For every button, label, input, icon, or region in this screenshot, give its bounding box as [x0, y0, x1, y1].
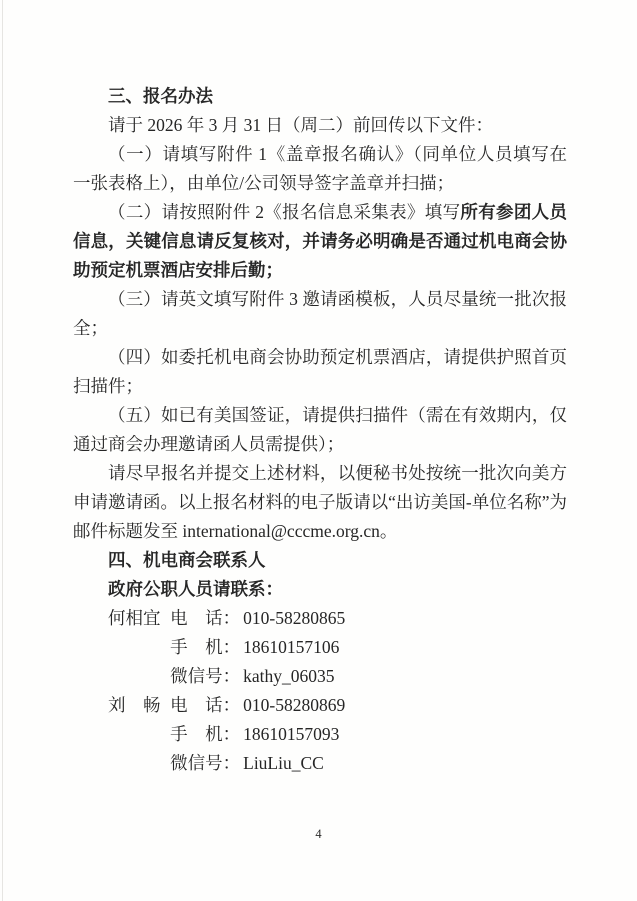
- item-1-paragraph: （一）请填写附件 1《盖章报名确认》（同单位人员填写在一张表格上），由单位/公司…: [73, 140, 567, 198]
- contact-name: 何相宜: [108, 604, 161, 633]
- contact-row: 手 机：18610157093: [73, 720, 567, 749]
- contact-value: 010-58280869: [240, 695, 345, 715]
- submission-note-paragraph: 请尽早报名并提交上述材料，以便秘书处按统一批次向美方申请邀请函。以上报名材料的电…: [73, 459, 567, 546]
- text-run: 三、报名办法: [108, 86, 213, 106]
- contact-value: LiuLiu_CC: [240, 753, 324, 773]
- contact-label: 电 话：: [170, 604, 240, 633]
- contact-value: 18610157093: [240, 724, 339, 744]
- scanned-document-page: { "page": { "number": "4", "background_c…: [0, 0, 637, 901]
- text-run: 请尽早报名并提交上述材料，以便秘书处按统一批次向美方申请邀请函。以上报名材料的电…: [73, 463, 567, 541]
- item-3-paragraph: （三）请英文填写附件 3 邀请函模板，人员尽量统一批次报全；: [73, 285, 567, 343]
- section-heading-four: 四、机电商会联系人: [73, 546, 567, 575]
- text-run: 政府公职人员请联系：: [108, 579, 283, 599]
- text-run: 请于 2026 年 3 月 31 日（周二）前回传以下文件：: [108, 115, 493, 135]
- contact-list: 何相宜电 话：010-58280865 手 机：18610157106 微信号：…: [73, 604, 567, 778]
- text-run: （四）如委托机电商会协助预定机票酒店，请提供护照首页扫描件；: [73, 347, 567, 396]
- text-run: 四、机电商会联系人: [108, 550, 266, 570]
- contact-row: 微信号：LiuLiu_CC: [73, 749, 567, 778]
- text-run: （一）请填写附件 1《盖章报名确认》（同单位人员填写在一张表格上），由单位/公司…: [73, 144, 567, 193]
- text-run: （二）请按照附件 2《报名信息采集表》填写: [108, 202, 460, 222]
- contact-label: 微信号：: [170, 749, 240, 778]
- item-5-paragraph: （五）如已有美国签证，请提供扫描件（需在有效期内，仅通过商会办理邀请函人员需提供…: [73, 401, 567, 459]
- contact-value: 010-58280865: [240, 608, 345, 628]
- contact-label: 微信号：: [170, 662, 240, 691]
- contact-name: 刘 畅: [108, 691, 161, 720]
- gov-contact-lead-line: 政府公职人员请联系：: [73, 575, 567, 604]
- contact-label: 手 机：: [170, 720, 240, 749]
- contact-label: 手 机：: [170, 633, 240, 662]
- document-content: 三、报名办法 请于 2026 年 3 月 31 日（周二）前回传以下文件： （一…: [73, 82, 567, 778]
- contact-row: 微信号：kathy_06035: [73, 662, 567, 691]
- item-4-paragraph: （四）如委托机电商会协助预定机票酒店，请提供护照首页扫描件；: [73, 343, 567, 401]
- item-2-paragraph: （二）请按照附件 2《报名信息采集表》填写所有参团人员信息，关键信息请反复核对，…: [73, 198, 567, 285]
- contact-row: 手 机：18610157106: [73, 633, 567, 662]
- section-heading-three: 三、报名办法: [73, 82, 567, 111]
- text-run: （三）请英文填写附件 3 邀请函模板，人员尽量统一批次报全；: [73, 289, 567, 338]
- deadline-paragraph: 请于 2026 年 3 月 31 日（周二）前回传以下文件：: [73, 111, 567, 140]
- scan-edge-artifact: [2, 0, 3, 901]
- contact-value: kathy_06035: [240, 666, 334, 686]
- contact-row: 何相宜电 话：010-58280865: [73, 604, 567, 633]
- page-number: 4: [0, 826, 637, 842]
- text-run: （五）如已有美国签证，请提供扫描件（需在有效期内，仅通过商会办理邀请函人员需提供…: [73, 405, 567, 454]
- contact-label: 电 话：: [170, 691, 240, 720]
- contact-value: 18610157106: [240, 637, 339, 657]
- contact-row: 刘 畅电 话：010-58280869: [73, 691, 567, 720]
